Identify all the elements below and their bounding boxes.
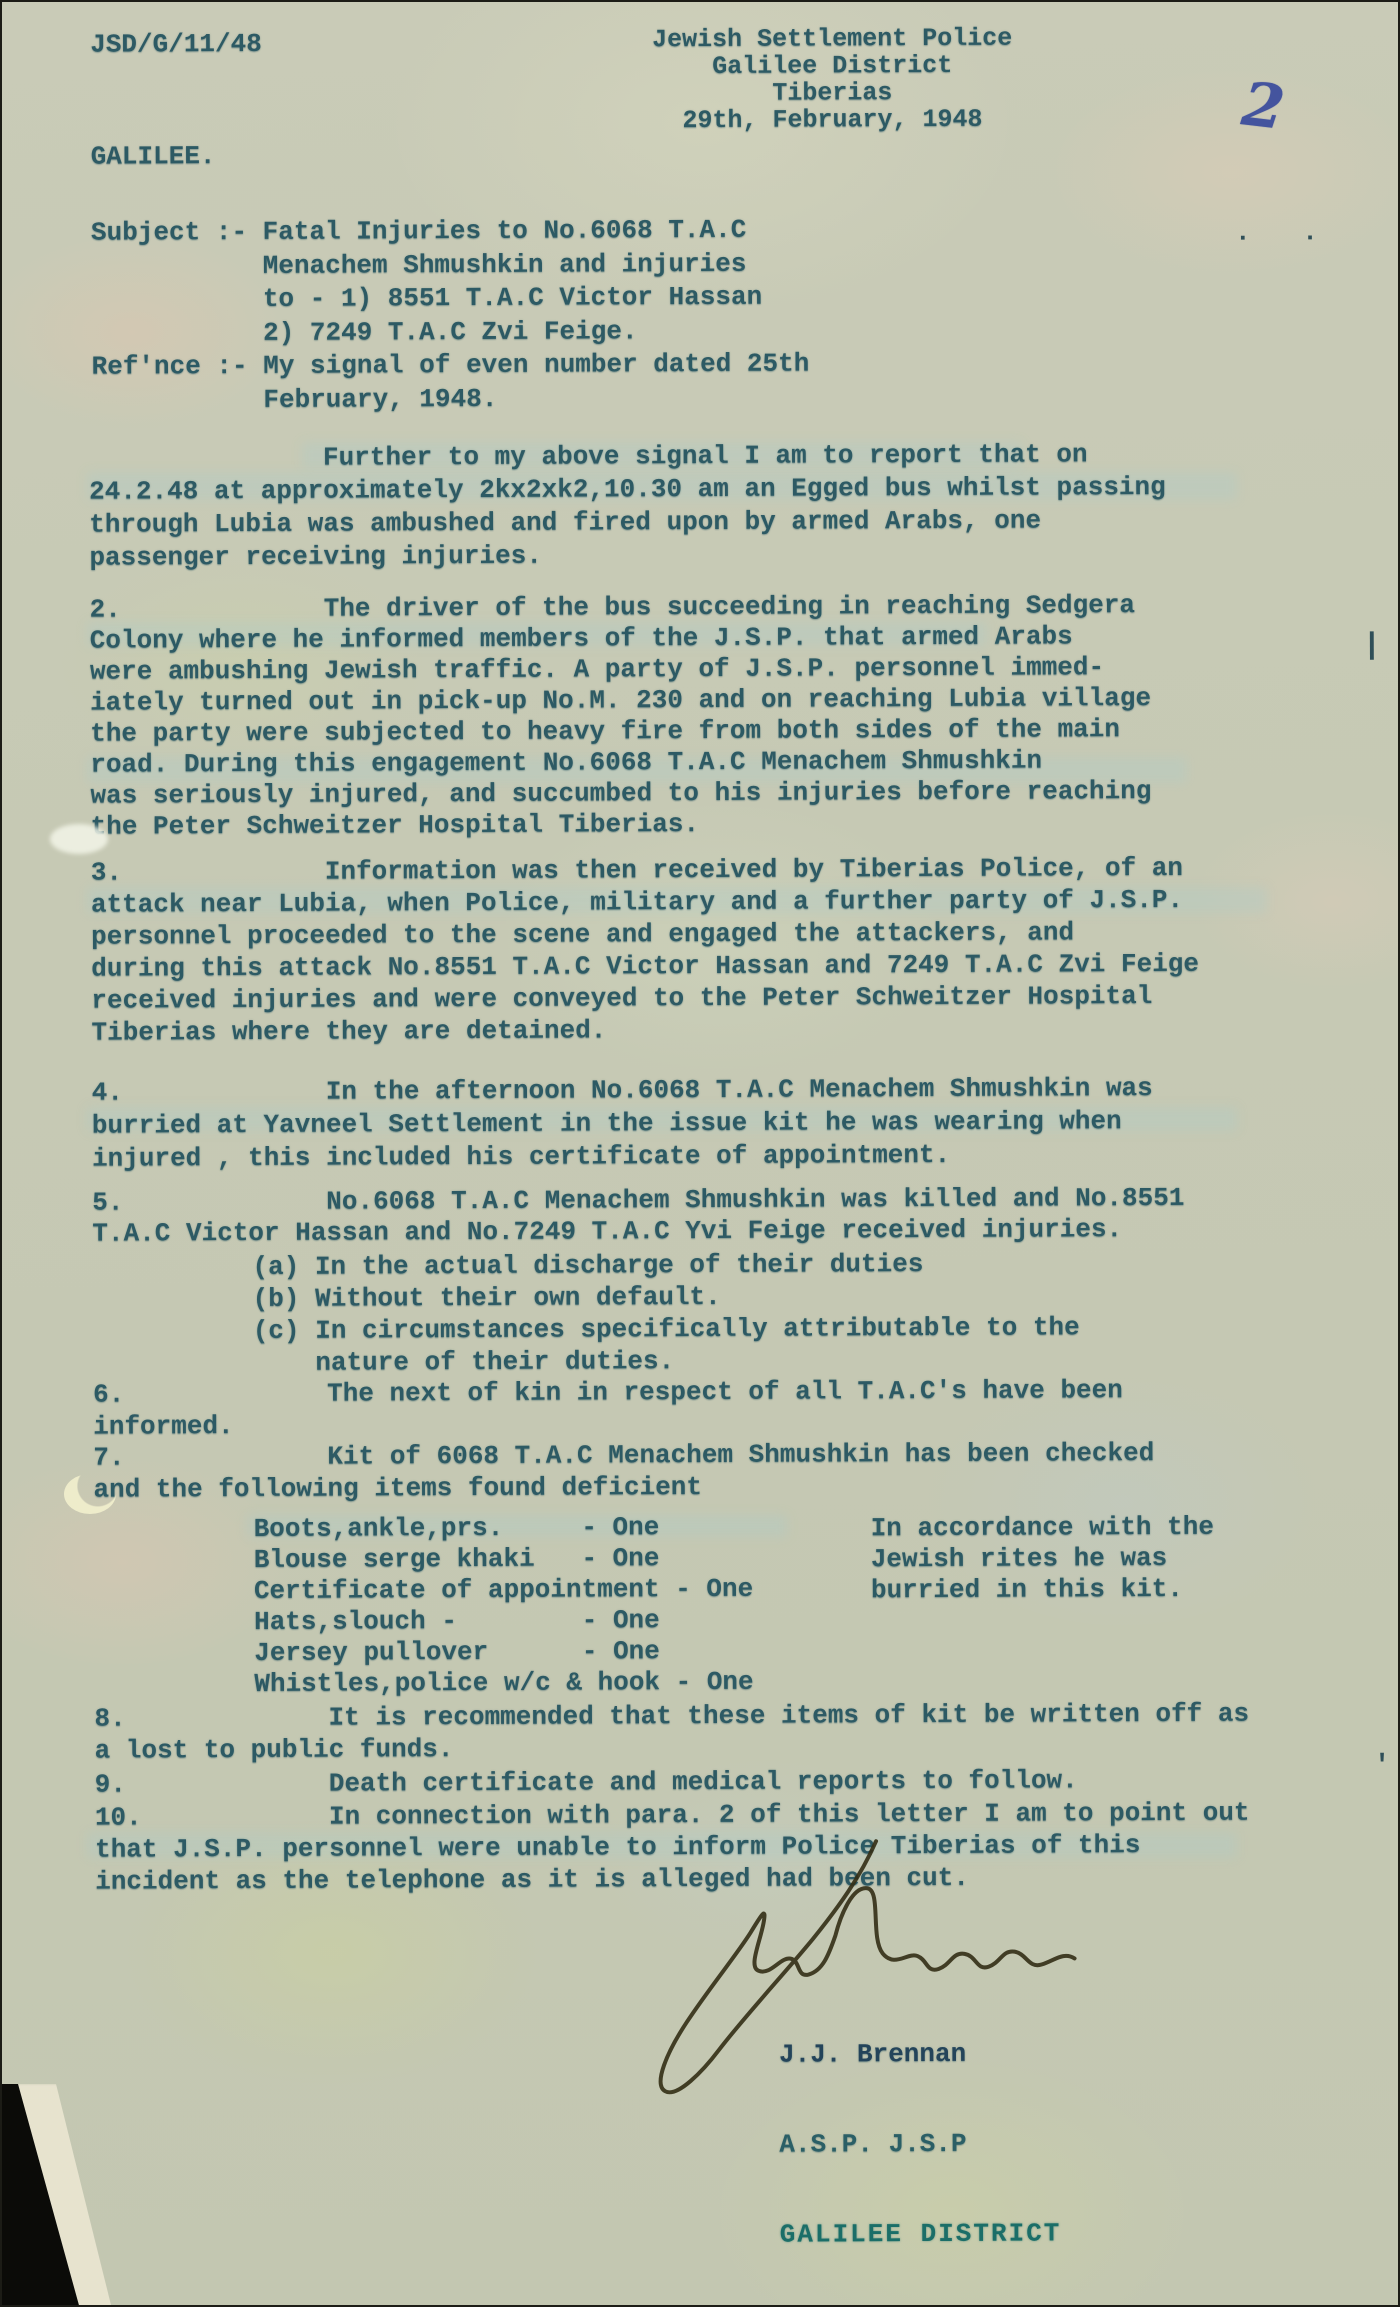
text-line: personnel proceeded to the scene and eng… <box>91 916 1199 953</box>
text-line: Further to my above signal I am to repor… <box>89 438 1166 476</box>
text-line: 2. The driver of the bus succeeding in r… <box>90 590 1151 626</box>
pen-mark: ' <box>1374 1751 1391 1782</box>
text-line: during this attack No.8551 T.A.C Victor … <box>91 948 1199 985</box>
letter-content: JSD/G/11/48 Jewish Settlement PoliceGali… <box>2 0 1400 2307</box>
paper-stain <box>50 824 108 854</box>
paragraph-8: 8. It is recommended that these items of… <box>94 1698 1249 1767</box>
text-line: passenger receiving injuries. <box>89 537 1166 575</box>
text-line: a lost to public funds. <box>95 1730 1250 1767</box>
pen-mark: . . <box>1235 217 1336 247</box>
text-line: 8. It is recommended that these items of… <box>94 1698 1249 1735</box>
text-line: (a) In the actual discharge of their dut… <box>252 1247 1079 1283</box>
paper-stain <box>64 1474 116 1514</box>
subject-block: Subject :- Fatal Injuries to No.6068 T.A… <box>91 214 810 418</box>
text-line: was seriously injured, and succumbed to … <box>90 776 1151 812</box>
text-line: Tiberias where they are detained. <box>91 1012 1199 1049</box>
text-line: Ref'nce :- My signal of even number date… <box>92 348 810 385</box>
text-line: and the following items found deficient <box>93 1469 1154 1506</box>
text-line: through Lubia was ambushed and fired upo… <box>89 504 1166 542</box>
text-line: the party were subjected to heavy fire f… <box>90 714 1151 750</box>
text-line: Hats,slouch - - One <box>254 1605 753 1638</box>
kit-deficiency-list: Boots,ankle,prs. - OneBlouse serge khaki… <box>254 1512 754 1700</box>
text-line: Certificate of appointment - One <box>254 1574 753 1607</box>
handwritten-page-number: 2 <box>1238 69 1288 143</box>
text-line: attack near Lubia, when Police, military… <box>91 884 1199 921</box>
paragraph-6: 6. The next of kin in respect of all T.A… <box>93 1374 1123 1442</box>
text-line: 6. The next of kin in respect of all T.A… <box>93 1374 1123 1410</box>
reference-number: JSD/G/11/48 <box>90 28 262 62</box>
kit-side-note: In accordance with theJewish rites he wa… <box>871 1512 1215 1606</box>
text-line: burried at Yavneel Settlement in the iss… <box>92 1105 1153 1143</box>
text-line: T.A.C Victor Hassan and No.7249 T.A.C Yv… <box>92 1214 1184 1250</box>
paragraph-7: 7. Kit of 6068 T.A.C Menachem Shmushkin … <box>93 1437 1154 1506</box>
paragraph-2: 2. The driver of the bus succeeding in r… <box>90 590 1152 843</box>
text-line: (c) In circumstances specifically attrib… <box>253 1311 1080 1347</box>
signatory-rank: A.S.P. J.S.P <box>779 2128 1061 2159</box>
pen-mark: | <box>1363 629 1381 663</box>
text-line: Whistles,police w/c & hook - One <box>254 1667 753 1700</box>
text-line: Jersey pullover - One <box>254 1636 753 1669</box>
text-line: Boots,ankle,prs. - One <box>254 1512 753 1545</box>
text-line: 2) 7249 T.A.C Zvi Feige. <box>91 314 809 351</box>
text-line: Jewish Settlement Police <box>592 24 1072 53</box>
text-line: 24.2.48 at approximately 2kx2xk2,10.30 a… <box>89 471 1166 509</box>
text-line: the Peter Schweitzer Hospital Tiberias. <box>91 807 1152 843</box>
paragraph-9: 9. Death certificate and medical reports… <box>95 1764 1078 1801</box>
text-line: 29th, February, 1948 <box>592 105 1072 134</box>
paragraph-3: 3. Information was then received by Tibe… <box>91 852 1200 1049</box>
signatory-district-stamp: GALILEE DISTRICT <box>780 2218 1062 2249</box>
paragraph-5: 5. No.6068 T.A.C Menachem Shmushkin was … <box>92 1183 1184 1250</box>
text-line: 4. In the afternoon No.6068 T.A.C Menach… <box>92 1072 1153 1110</box>
text-line: Blouse serge khaki - One <box>254 1543 753 1576</box>
text-line: Tiberias <box>592 78 1072 107</box>
letterhead: Jewish Settlement PoliceGalilee District… <box>592 24 1072 134</box>
paragraph-intro: Further to my above signal I am to repor… <box>89 438 1166 575</box>
paragraph-5-subitems: (a) In the actual discharge of their dut… <box>252 1247 1079 1379</box>
text-line: iately turned out in pick-up No.M. 230 a… <box>90 683 1151 719</box>
text-line: Menachem Shmushkin and injuries <box>91 247 809 284</box>
signature-block: J.J. Brennan A.S.P. J.S.P GALILEE DISTRI… <box>779 1978 1062 2307</box>
text-line: Jewish rites he was <box>871 1543 1214 1575</box>
text-line: 9. Death certificate and medical reports… <box>95 1764 1078 1801</box>
text-line: (b) Without their own default. <box>253 1279 1080 1315</box>
signatory-name: J.J. Brennan <box>779 2038 1061 2069</box>
text-line: to - 1) 8551 T.A.C Victor Hassan <box>91 281 809 318</box>
text-line: Subject :- Fatal Injuries to No.6068 T.A… <box>91 214 809 251</box>
text-line: Colony where he informed members of the … <box>90 621 1151 657</box>
text-line: road. During this engagement No.6068 T.A… <box>90 745 1151 781</box>
text-line: were ambushing Jewish traffic. A party o… <box>90 652 1151 688</box>
text-line: February, 1948. <box>92 381 810 418</box>
text-line: In accordance with the <box>871 1512 1214 1544</box>
text-line: 5. No.6068 T.A.C Menachem Shmushkin was … <box>92 1183 1184 1219</box>
text-line: Galilee District <box>592 51 1072 80</box>
text-line: injured , this included his certificate … <box>92 1138 1153 1176</box>
district-line: GALILEE. <box>91 140 216 174</box>
text-line: 7. Kit of 6068 T.A.C Menachem Shmushkin … <box>93 1437 1154 1474</box>
text-line: received injuries and were conveyed to t… <box>91 980 1199 1017</box>
text-line: nature of their duties. <box>253 1343 1080 1379</box>
paragraph-4: 4. In the afternoon No.6068 T.A.C Menach… <box>92 1072 1153 1176</box>
text-line: burried in this kit. <box>871 1574 1214 1606</box>
text-line: 3. Information was then received by Tibe… <box>91 852 1199 889</box>
text-line: 10. In connection with para. 2 of this l… <box>95 1797 1250 1834</box>
scanned-letter-page: JSD/G/11/48 Jewish Settlement PoliceGali… <box>0 0 1400 2307</box>
